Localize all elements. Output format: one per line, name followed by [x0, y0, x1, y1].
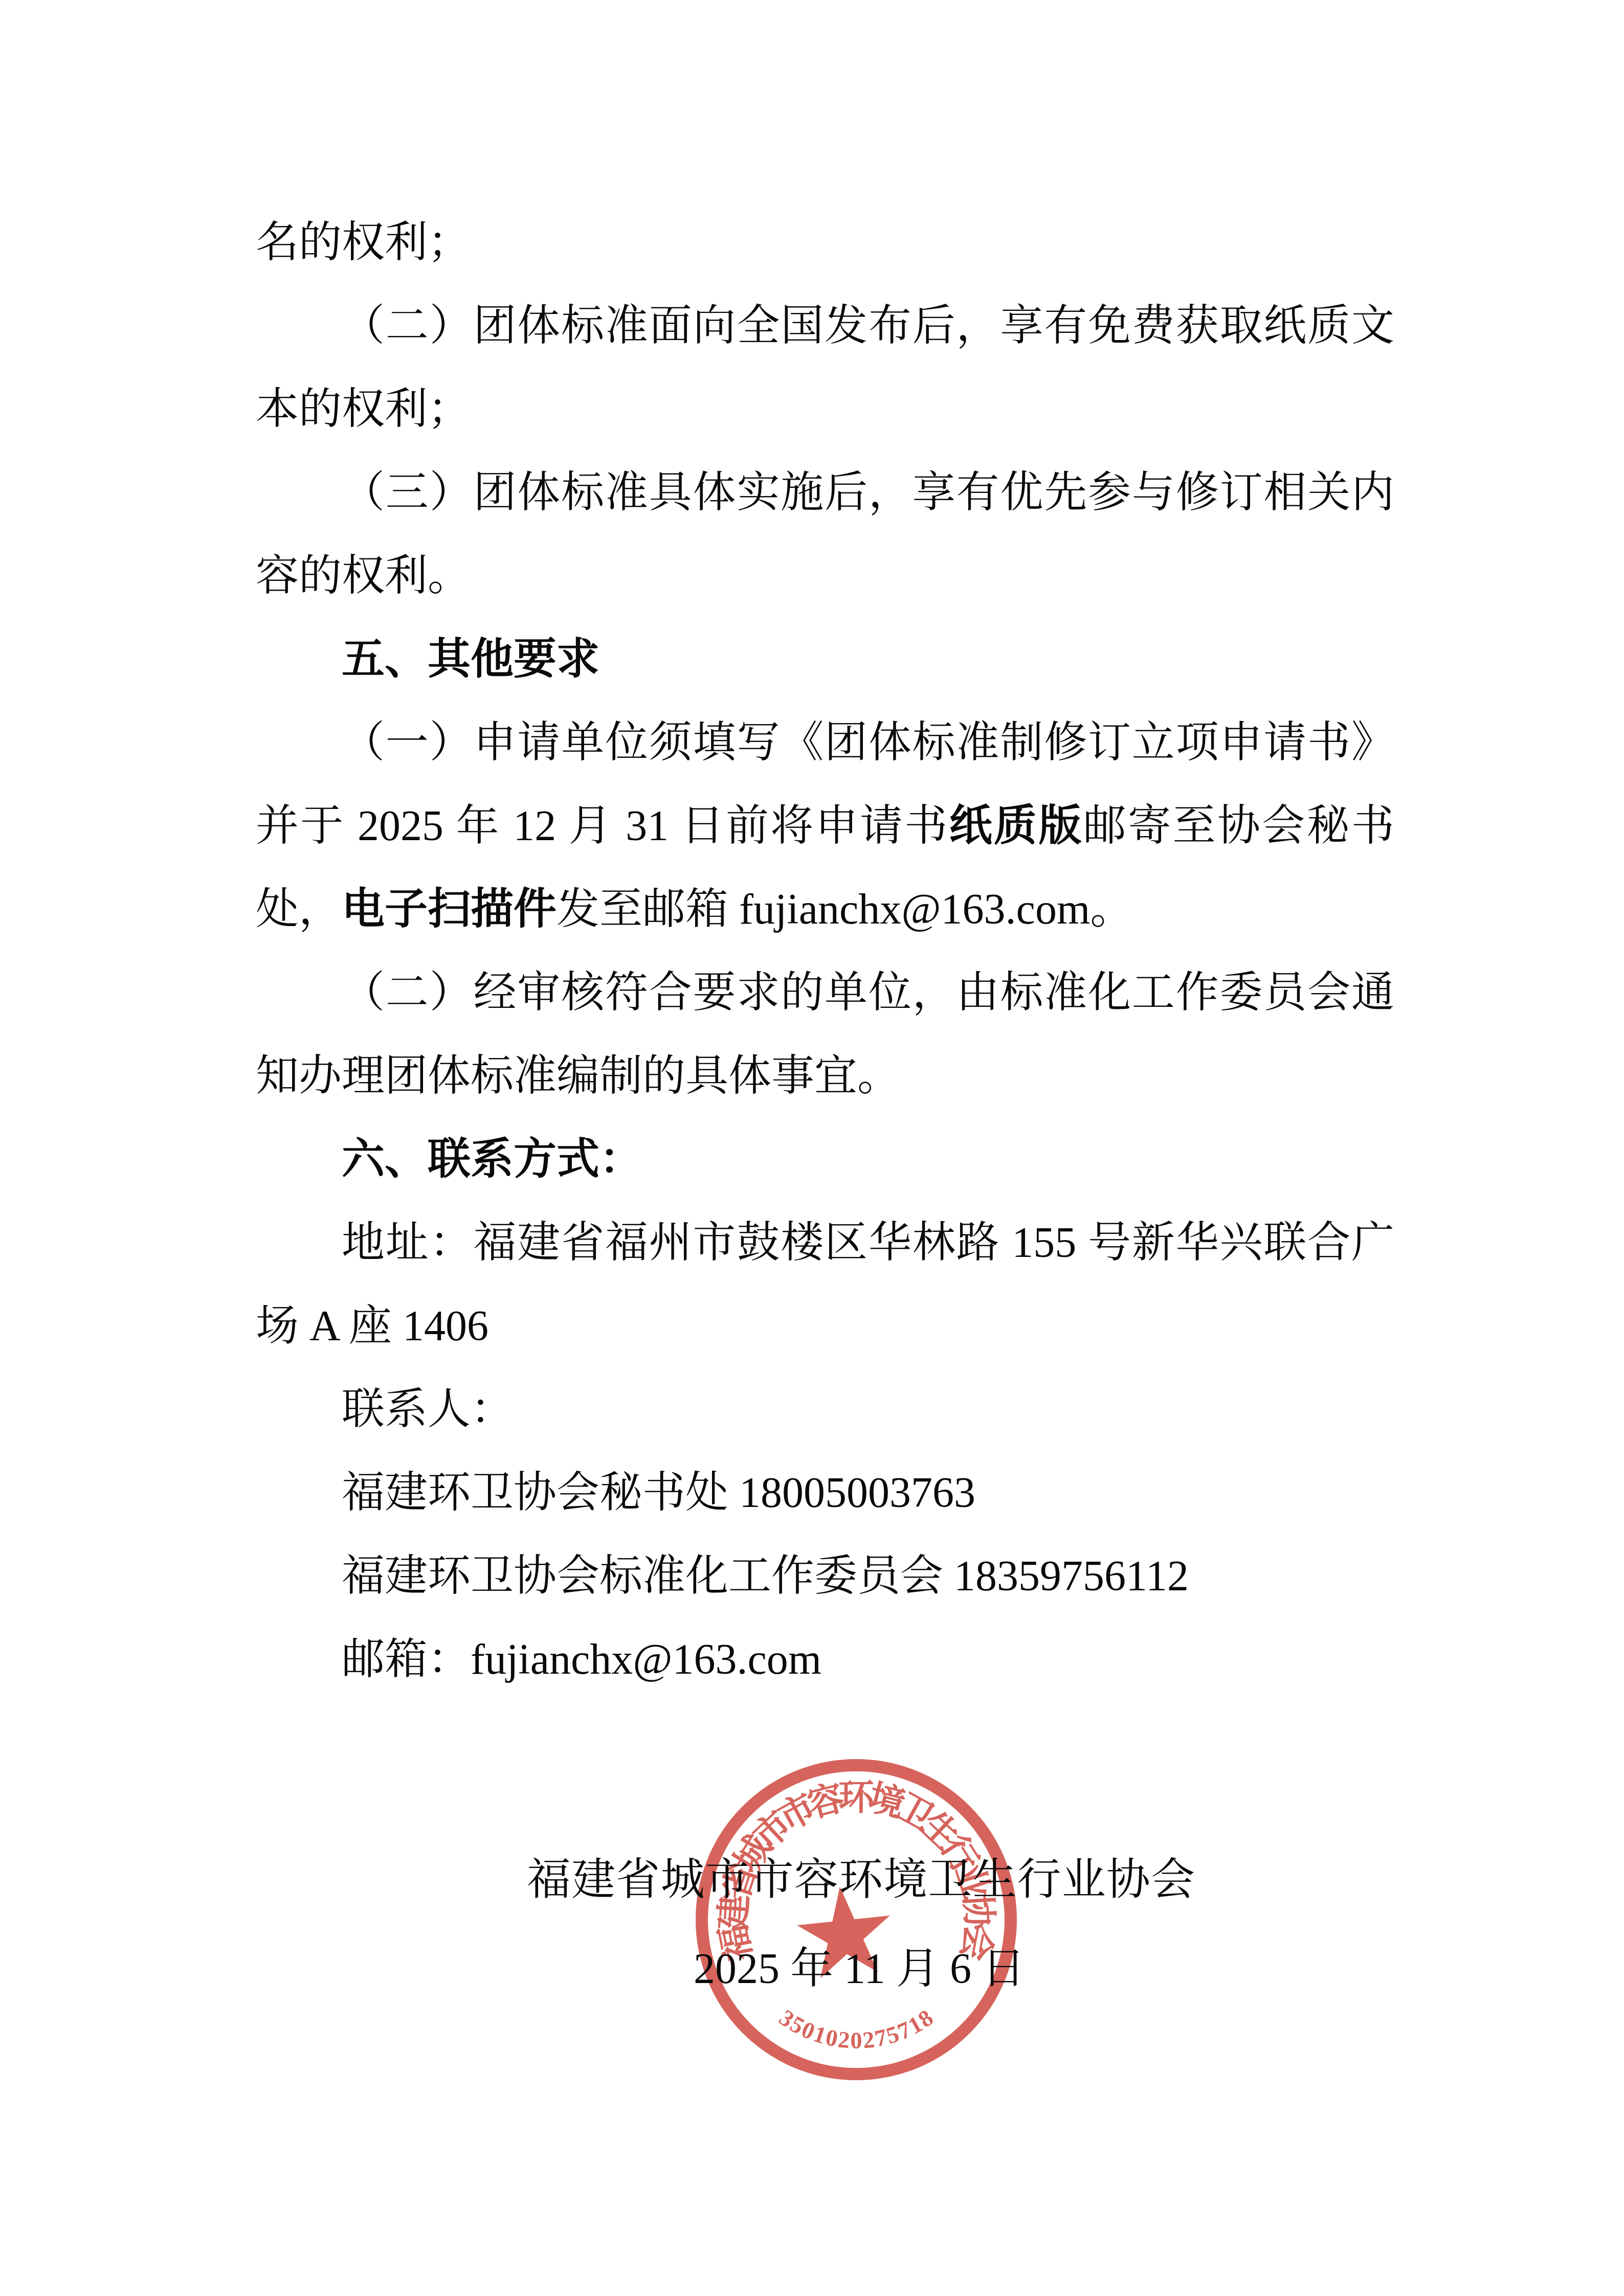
line-text: 邮箱：fujianchx@163.com: [342, 1636, 821, 1683]
heading-text: 六、联系方式：: [342, 1135, 642, 1183]
line-text: 处，: [256, 886, 342, 933]
line-text-bold: 电子扫描件: [342, 885, 557, 933]
line-text: 并于 2025 年 12 月 31 日前将申请书: [256, 802, 949, 850]
contact-line: 福建环卫协会标准化工作委员会 18359756112: [256, 1534, 1394, 1617]
body-line: 并于 2025 年 12 月 31 日前将申请书纸质版邮寄至协会秘书: [256, 784, 1394, 867]
signature-organization: 福建省城市市容环境卫生行业协会: [527, 1856, 1195, 1903]
line-text: 地址：福建省福州市鼓楼区华林路 155 号新华兴联合广: [342, 1219, 1394, 1267]
svg-text:2: 2: [837, 2026, 851, 2053]
line-text: 知办理团体标准编制的具体事宜。: [256, 1052, 900, 1100]
line-text: 邮寄至协会秘书: [1083, 802, 1394, 850]
body-line: 知办理团体标准编制的具体事宜。: [256, 1034, 1394, 1117]
body-line: 联系人：: [256, 1367, 1394, 1451]
signature-date: 2025 年 11 月 6 日: [685, 1946, 1033, 1992]
body-line: （二）经审核符合要求的单位，由标准化工作委员会通: [256, 951, 1394, 1034]
body-line: 本的权利；: [256, 367, 1394, 451]
heading-text: 五、其他要求: [342, 635, 599, 683]
line-text: 场 A 座 1406: [256, 1302, 488, 1350]
body-line: 名的权利；: [256, 200, 1394, 284]
line-text: 容的权利。: [256, 552, 471, 600]
body-line: （三）团体标准具体实施后，享有优先参与修订相关内: [256, 451, 1394, 534]
line-text: 福建环卫协会秘书处 18005003763: [342, 1469, 975, 1517]
line-text: 本的权利；: [256, 386, 471, 433]
svg-text:0: 0: [851, 2028, 862, 2054]
body-line: （二）团体标准面向全国发布后，享有免费获取纸质文: [256, 284, 1394, 367]
contact-line: 邮箱：fujianchx@163.com: [256, 1617, 1394, 1701]
line-text: 福建环卫协会标准化工作委员会 18359756112: [342, 1552, 1189, 1600]
body-line: 场 A 座 1406: [256, 1284, 1394, 1367]
seal-code: 3501020275718: [774, 2005, 938, 2054]
line-text: 联系人：: [342, 1386, 514, 1433]
document-body: 名的权利； （二）团体标准面向全国发布后，享有免费获取纸质文 本的权利； （三）…: [256, 200, 1394, 1701]
body-line: （一）申请单位须填写《团体标准制修订立项申请书》: [256, 701, 1394, 784]
body-line: 地址：福建省福州市鼓楼区华林路 155 号新华兴联合广: [256, 1201, 1394, 1284]
line-text: 名的权利；: [256, 219, 471, 266]
document-page: 名的权利； （二）团体标准面向全国发布后，享有免费获取纸质文 本的权利； （三）…: [0, 0, 1624, 2296]
line-text: （二）团体标准面向全国发布后，享有免费获取纸质文: [342, 302, 1394, 350]
section-heading: 五、其他要求: [256, 617, 1394, 701]
line-text: 发至邮箱 fujianchx@163.com。: [557, 886, 1133, 933]
contact-line: 福建环卫协会秘书处 18005003763: [256, 1451, 1394, 1534]
line-text: （三）团体标准具体实施后，享有优先参与修订相关内: [342, 469, 1394, 516]
body-line: 处，电子扫描件发至邮箱 fujianchx@163.com。: [256, 867, 1394, 951]
official-seal: 福建省城市市容环境卫生行业协会 3501020275718: [692, 1755, 1020, 2084]
line-text-bold: 纸质版: [949, 801, 1083, 849]
line-text: （二）经审核符合要求的单位，由标准化工作委员会通: [342, 969, 1394, 1017]
line-text: （一）申请单位须填写《团体标准制修订立项申请书》: [342, 719, 1394, 767]
section-heading: 六、联系方式：: [256, 1117, 1394, 1201]
body-line: 容的权利。: [256, 534, 1394, 617]
